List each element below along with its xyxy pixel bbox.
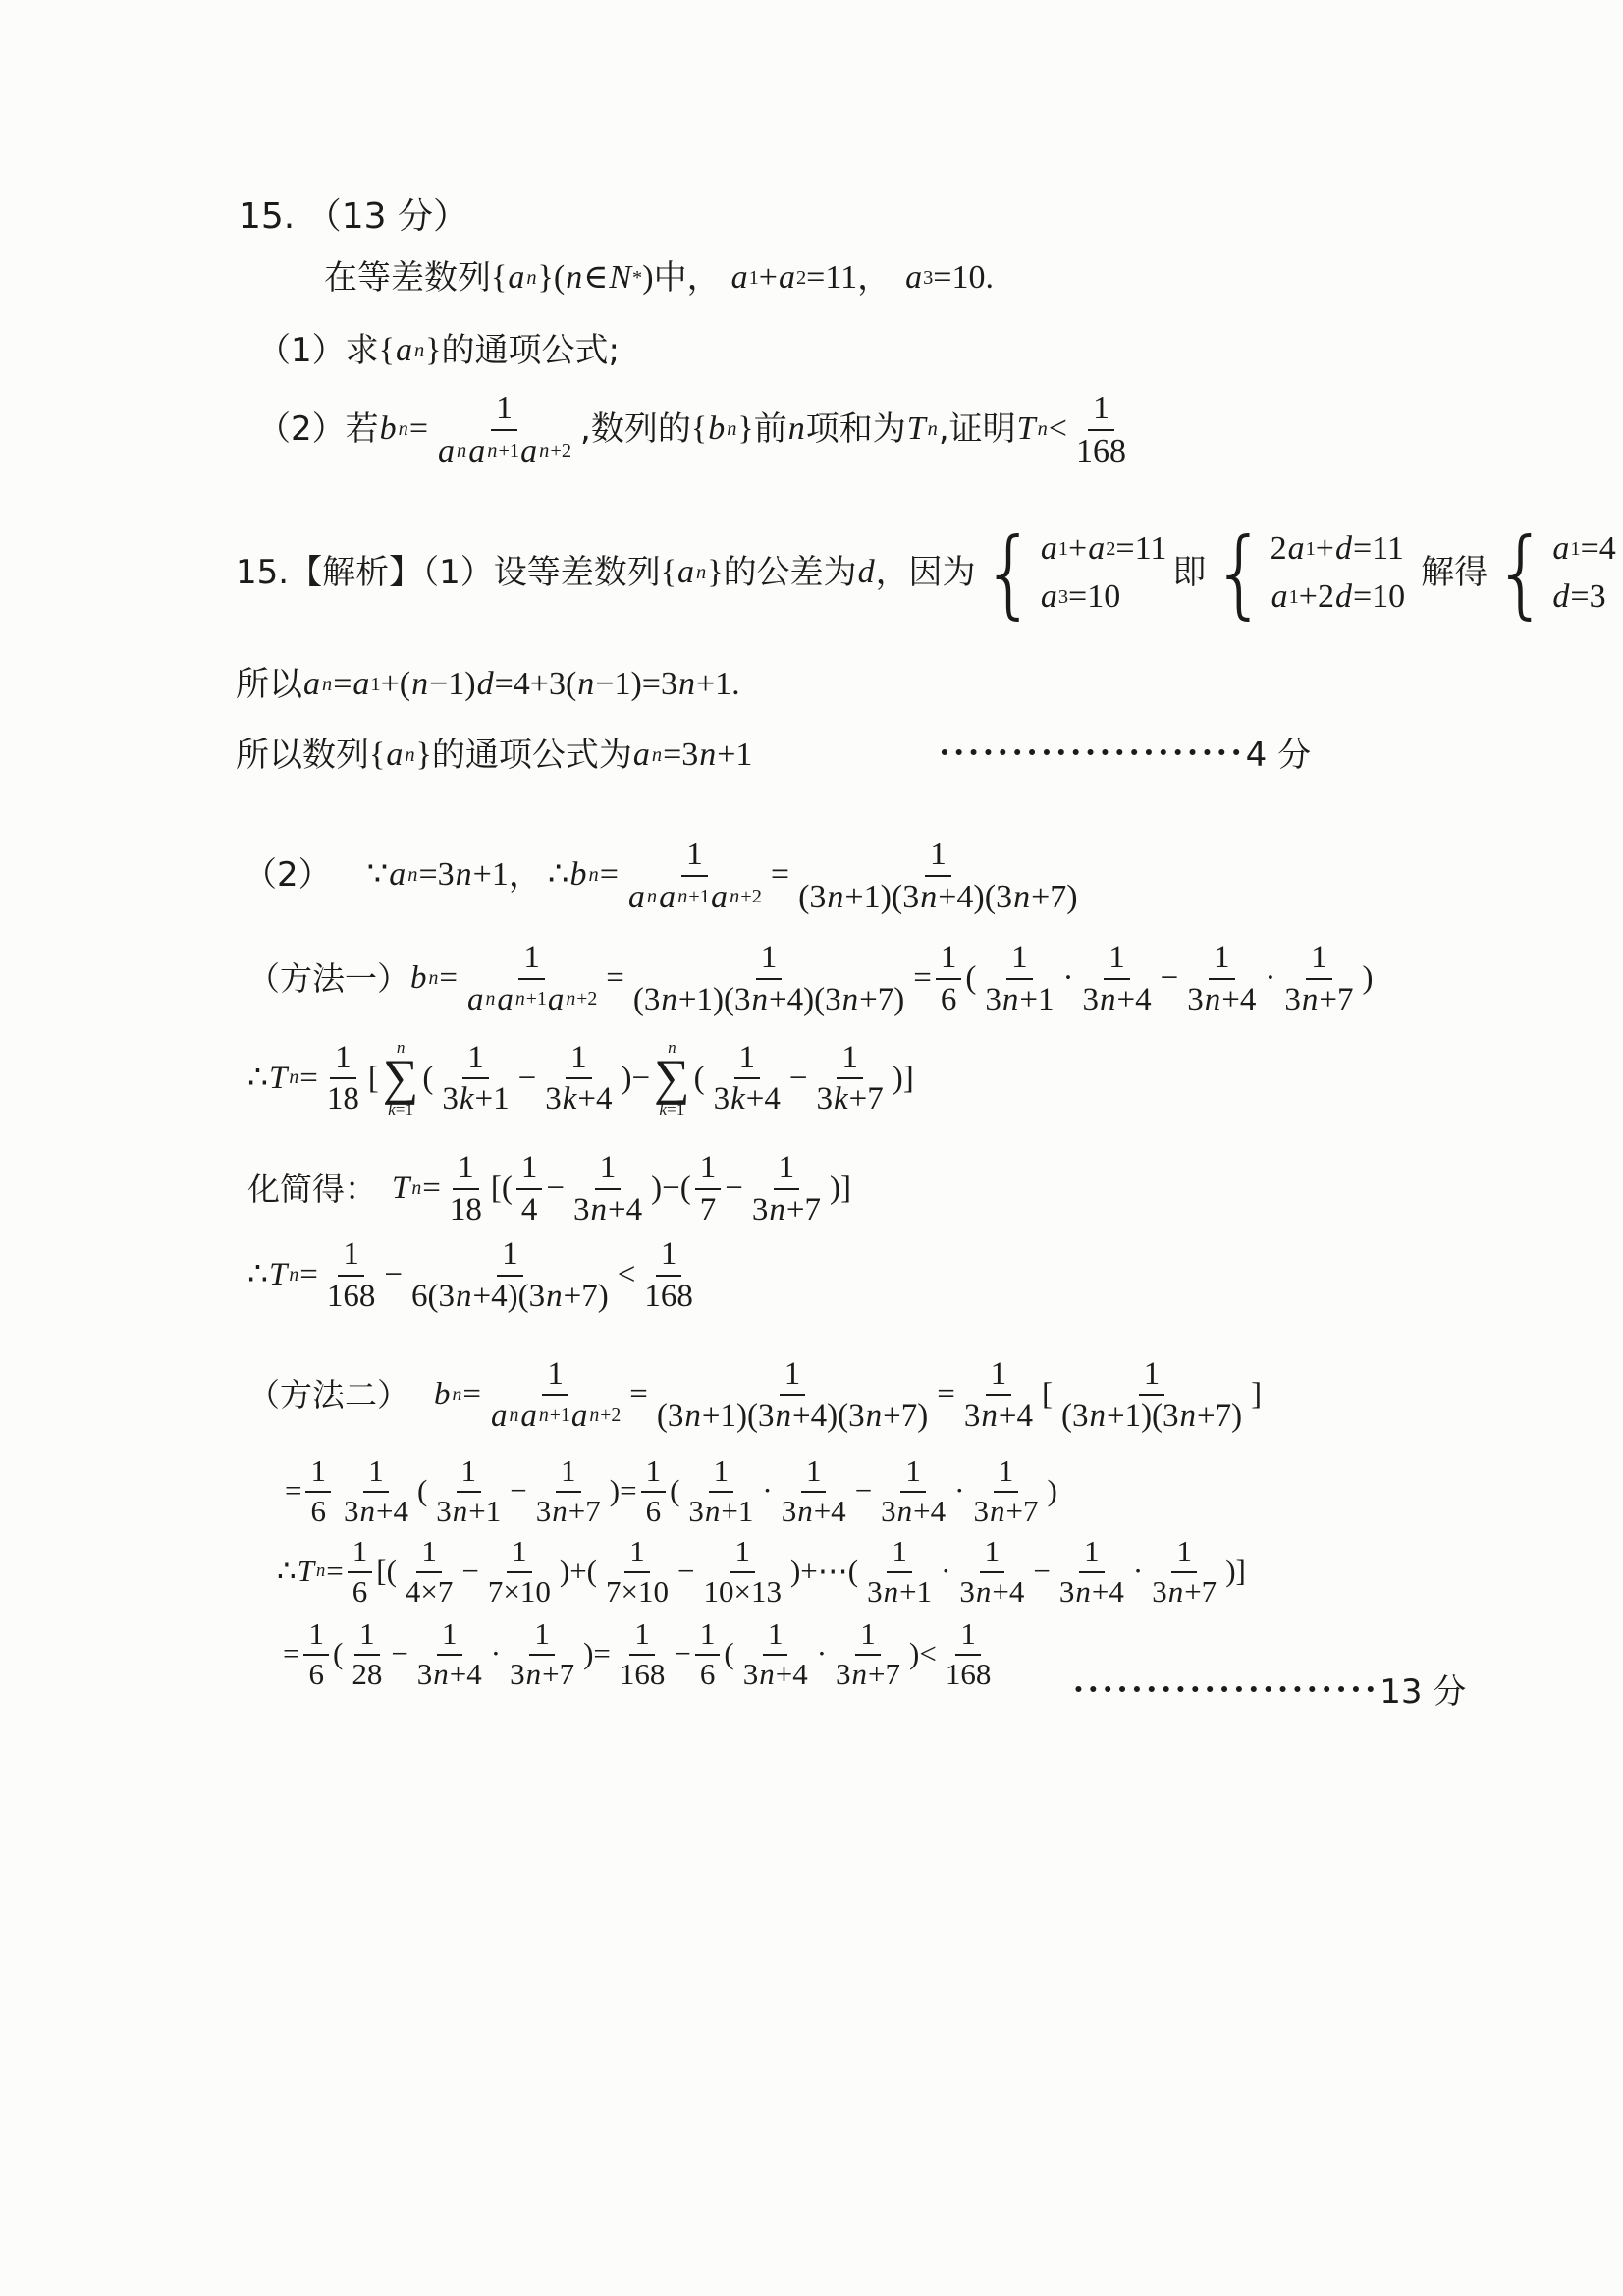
math-fragment: n+2: [565, 990, 597, 1010]
math-fragment: −: [725, 1169, 743, 1209]
math-fragment: 6: [310, 1496, 326, 1528]
math-fragment: 168: [644, 1280, 693, 1314]
math-fragment: (3n+1)(3n+7): [1056, 1396, 1247, 1434]
math-fragment: {an}: [661, 552, 724, 594]
math-fragment: b: [434, 1375, 451, 1415]
math-fragment: −: [855, 1472, 872, 1510]
math-fragment: n+1: [486, 441, 519, 461]
fraction: 13n+7: [968, 1455, 1043, 1527]
math-fragment: anan+1an+2: [490, 1399, 621, 1434]
math-fragment: 1: [496, 391, 513, 426]
fraction: 13n+4: [1077, 941, 1156, 1016]
math-fragment: 2a1+d=11: [1271, 528, 1404, 571]
math-fragment: n: [589, 1404, 599, 1426]
math-fragment: 1: [310, 1455, 326, 1488]
math-fragment: 3n+4: [782, 1496, 846, 1528]
math-fragment: 所以数列: [236, 735, 369, 777]
math-fragment: ∴ Tn=: [247, 1059, 318, 1099]
math-fragment: 1: [458, 1151, 474, 1185]
math-fragment: 3n+4: [344, 1496, 408, 1528]
math-fragment: T: [269, 1255, 287, 1295]
math-fragment: 18: [327, 1082, 359, 1117]
fraction: 16: [695, 1618, 721, 1690]
math-fragment: 1: [709, 1455, 734, 1493]
fraction: 13k+1: [437, 1041, 514, 1117]
math-fragment: n: [705, 1496, 721, 1528]
math-fragment: 1: [354, 1618, 380, 1656]
math-fragment: 6: [641, 1493, 667, 1528]
math-fragment: n: [1100, 983, 1116, 1017]
math-fragment: 168: [1076, 434, 1126, 469]
math-fragment: −: [674, 1635, 690, 1673]
math-fragment: a: [628, 880, 645, 915]
math-fragment: 1: [534, 1618, 550, 1651]
math-fragment: n: [590, 1193, 607, 1228]
fraction: 13n+4: [339, 1455, 413, 1527]
math-fragment: 1: [335, 1041, 352, 1075]
math-fragment: 1: [305, 1455, 331, 1493]
math-fragment: a: [548, 983, 565, 1017]
math-fragment: an=3n+1: [632, 735, 753, 777]
math-fragment: n: [456, 441, 467, 461]
math-fragment: 3n+4: [743, 1659, 808, 1691]
math-fragment: 1: [806, 1455, 822, 1488]
math-fragment: ,数列的: [580, 409, 691, 451]
math-fragment: a: [468, 434, 485, 469]
math-fragment: n: [456, 854, 472, 897]
equation-system: {a1+a2=11a3=10: [982, 528, 1167, 618]
math-fragment: 1: [303, 1618, 329, 1656]
math-fragment: 1: [779, 1151, 795, 1185]
math-fragment: 3k+4: [714, 1082, 781, 1117]
math-fragment: 1: [784, 1357, 801, 1392]
math-fragment: ，: [509, 854, 542, 897]
math-fragment: 6: [308, 1659, 324, 1691]
math-fragment: )+⋯(: [790, 1553, 858, 1591]
fraction: 110×13: [698, 1536, 785, 1608]
math-fragment: k: [659, 1100, 667, 1119]
math-fragment: ,证明: [939, 409, 1016, 451]
math-fragment: 2: [1106, 539, 1115, 559]
math-fragment: )−: [622, 1059, 651, 1099]
math-fragment: 1: [695, 1618, 721, 1656]
math-fragment: (: [422, 1059, 433, 1099]
math-fragment: n: [726, 419, 737, 439]
math-fragment: 1: [730, 1536, 755, 1573]
math-fragment: n: [515, 988, 525, 1010]
math-fragment: [(: [376, 1553, 397, 1591]
fraction: 13n+1: [431, 1455, 506, 1527]
math-fragment: 1: [1214, 941, 1230, 975]
math-fragment: (: [670, 1472, 679, 1510]
math-fragment: n: [539, 440, 549, 462]
fraction: 13n+7: [831, 1618, 905, 1690]
math-fragment: n: [852, 1659, 868, 1691]
math-fragment: 3n+1: [985, 983, 1054, 1017]
math-fragment: n: [928, 418, 938, 440]
math-fragment: 1: [936, 941, 962, 980]
method-two-expansion: =1613n+4(13n+1−13n+7)=16(13n+1·13n+4−13n…: [285, 1455, 1057, 1527]
math-fragment: k=1: [388, 1101, 413, 1118]
math-fragment: ∴ Tn=: [247, 1255, 318, 1295]
math-fragment: 1: [629, 1536, 645, 1568]
math-fragment: b: [708, 409, 725, 451]
math-fragment: n: [453, 1496, 468, 1528]
math-fragment: )]: [1225, 1553, 1246, 1591]
math-fragment: 解得: [1421, 552, 1488, 594]
math-fragment: 3n+1: [980, 980, 1058, 1017]
math-fragment: a: [491, 1399, 508, 1434]
fraction: 1anan+1an+2: [622, 837, 767, 914]
math-fragment: 15.【解析】（1）设等差数列: [236, 552, 661, 594]
math-fragment: .: [985, 257, 994, 300]
math-fragment: 6: [305, 1493, 331, 1528]
math-fragment: ): [1047, 1472, 1056, 1510]
math-fragment: 6: [348, 1573, 373, 1609]
fraction: 1(3n+1)(3n+4)(3n+7): [628, 941, 909, 1016]
math-fragment: n: [428, 969, 440, 989]
math-fragment: d: [1552, 576, 1569, 619]
problem-part-2: （2）若bn=1anan+1an+2,数列的{bn}前 n 项和为Tn,证明 T…: [257, 391, 1135, 468]
math-fragment: 3n+7: [973, 1496, 1038, 1528]
math-fragment: 1: [507, 1536, 532, 1573]
fraction: 13n+1: [862, 1536, 937, 1608]
method-two-bn-split: （方法二）bn=1anan+1an+2=1(3n+1)(3n+4)(3n+7)=…: [247, 1357, 1262, 1433]
math-fragment: n: [413, 341, 425, 360]
math-fragment: (: [333, 1635, 343, 1673]
math-fragment: a: [659, 880, 676, 915]
math-fragment: 3n+1: [867, 1576, 932, 1609]
math-fragment: n: [322, 674, 332, 695]
fraction: 16: [641, 1455, 667, 1527]
math-fragment: 1: [512, 1536, 527, 1568]
fraction: 13k+4: [540, 1041, 617, 1117]
math-fragment: 1: [1144, 1357, 1161, 1392]
math-fragment: 1: [686, 837, 703, 872]
math-fragment: =: [606, 958, 624, 999]
math-fragment: T: [392, 1169, 409, 1209]
fraction: 13n+4: [959, 1357, 1038, 1433]
math-fragment: n: [661, 983, 677, 1017]
method-two-telescoping-sum: ∴Tn=16[(14×7−17×10)+(17×10−110×13)+⋯(13n…: [277, 1536, 1246, 1608]
math-fragment: T: [269, 1059, 287, 1099]
math-fragment: 1: [695, 1151, 722, 1190]
math-fragment: n: [1075, 1576, 1091, 1609]
math-fragment: 1: [516, 1151, 543, 1190]
math-fragment: ∴Tn=: [277, 1553, 344, 1591]
math-fragment: n: [457, 440, 466, 462]
math-fragment: 1: [955, 1618, 981, 1656]
math-fragment: 1: [1109, 941, 1125, 975]
math-fragment: 1: [330, 1041, 356, 1080]
math-fragment: *: [632, 268, 642, 288]
math-fragment: 1: [763, 1618, 788, 1656]
fraction: 16: [348, 1536, 373, 1608]
math-fragment: )=: [583, 1635, 611, 1673]
math-fragment: n: [566, 257, 582, 300]
math-fragment: 1: [629, 1618, 655, 1656]
math-fragment: 1: [461, 1455, 477, 1488]
math-fragment: ∴ bn=: [548, 854, 619, 897]
math-fragment: 3k+4: [540, 1079, 617, 1117]
math-fragment: 6(3n+4)(3n+7): [411, 1280, 609, 1314]
math-fragment: )+(: [560, 1553, 597, 1591]
math-fragment: 1: [1093, 391, 1109, 426]
math-fragment: 1: [1084, 1536, 1100, 1568]
math-fragment: 1: [502, 1237, 518, 1272]
math-fragment: 3n+4: [876, 1493, 950, 1528]
math-fragment: 1: [363, 1455, 389, 1493]
math-fragment: bn=: [433, 1375, 481, 1415]
math-fragment: (3n+1)(3n+4)(3n+7): [628, 980, 909, 1017]
math-fragment: 1: [1570, 539, 1580, 559]
math-fragment: d: [1335, 528, 1352, 571]
math-fragment: (3n+1)(3n+4)(3n+7): [657, 1399, 928, 1434]
math-fragment: (3n+1)(3n+4)(3n+7): [798, 880, 1077, 915]
math-fragment: n: [787, 409, 806, 451]
math-fragment: 168: [941, 1656, 997, 1691]
math-fragment: n: [321, 675, 333, 694]
math-fragment: =: [771, 854, 789, 897]
math-fragment: n: [288, 1068, 299, 1088]
math-fragment: 18: [322, 1079, 364, 1117]
math-fragment: 3n+4: [412, 1656, 487, 1691]
math-fragment: 1: [359, 1618, 375, 1651]
final-score-marker: •••••••••••••••••••••13 分: [1073, 1671, 1466, 1714]
math-fragment: =: [285, 1472, 301, 1510]
math-fragment: n: [453, 1384, 462, 1405]
math-fragment: d: [858, 552, 875, 594]
math-fragment: 的公差为: [724, 552, 857, 594]
dotted-leader: •••••••••••••••••••••: [1073, 1680, 1380, 1701]
math-fragment: n: [1180, 1399, 1197, 1434]
math-fragment: 28: [352, 1659, 382, 1691]
method-two-conclusion: =16(128−13n+4·13n+7)=1168−16(13n+4·13n+7…: [283, 1618, 1000, 1690]
math-fragment: 3n+4: [954, 1573, 1029, 1609]
fraction: 13n+4: [412, 1618, 487, 1690]
fraction: 1168: [639, 1237, 698, 1313]
math-fragment: n+1: [676, 887, 710, 906]
solution-general-term-conclusion: 所以数列{an}的通项公式为an=3n+1•••••••••••••••••••…: [236, 735, 1311, 777]
math-fragment: 1: [566, 1041, 592, 1080]
math-fragment: n: [526, 1659, 542, 1691]
math-fragment: 3n+4: [339, 1493, 413, 1528]
equation-system: {2a1+d=11a1+2d=10: [1212, 528, 1405, 618]
math-fragment: 3n+4: [1055, 1573, 1129, 1609]
math-fragment: −: [384, 1255, 403, 1295]
math-fragment: n: [976, 1576, 992, 1609]
math-fragment: 1: [994, 1455, 1019, 1493]
math-fragment: 168: [615, 1656, 671, 1691]
fraction: 1anan+1an+2: [485, 1357, 625, 1433]
math-fragment: n: [526, 267, 536, 289]
math-fragment: bn=: [379, 409, 428, 451]
math-fragment: n: [452, 1386, 463, 1405]
math-fragment: ): [1362, 958, 1373, 999]
fraction: 1168: [941, 1618, 997, 1690]
math-fragment: n: [316, 1560, 325, 1581]
math-fragment: −: [546, 1169, 565, 1209]
math-fragment: n: [652, 744, 662, 766]
math-fragment: =: [629, 1375, 648, 1415]
math-fragment: a: [1041, 528, 1057, 571]
math-fragment: a: [303, 664, 320, 706]
fraction: 13n+4: [568, 1151, 647, 1227]
math-fragment: 3n+7: [531, 1493, 606, 1528]
math-fragment: 所以: [236, 664, 302, 706]
math-fragment: d: [477, 664, 494, 706]
math-fragment: −: [789, 1059, 808, 1099]
math-fragment: 1: [457, 1455, 482, 1493]
method-one-bn-split: （方法一）bn=1anan+1an+2=1(3n+1)(3n+4)(3n+7)=…: [247, 941, 1373, 1016]
math-fragment: a1+a2=11a3=10: [1040, 528, 1167, 618]
math-fragment: n: [1038, 418, 1048, 440]
math-fragment: 3n+4: [1059, 1576, 1124, 1609]
math-fragment: 3n+1: [688, 1496, 753, 1528]
math-fragment: a1=4d=3: [1551, 528, 1615, 618]
math-fragment: a1=4: [1551, 528, 1615, 571]
math-fragment: 3k+1: [442, 1082, 509, 1117]
math-fragment: n: [485, 990, 497, 1010]
math-fragment: 1: [739, 1041, 756, 1075]
math-fragment: a3=10: [1040, 576, 1120, 619]
math-fragment: =: [283, 1635, 299, 1673]
math-fragment: 3n+1: [683, 1493, 758, 1528]
math-fragment: a: [633, 735, 650, 777]
left-brace: {: [982, 532, 1037, 614]
math-fragment: k: [834, 1082, 848, 1117]
math-fragment: T: [1017, 409, 1036, 451]
math-fragment: 6: [941, 983, 957, 1017]
math-fragment: )−(: [651, 1169, 691, 1209]
math-fragment: 3k+7: [812, 1079, 889, 1117]
math-fragment: 即: [1172, 552, 1206, 594]
math-fragment: 1: [624, 1536, 650, 1573]
math-fragment: a: [352, 664, 369, 706]
math-fragment: n+1: [514, 990, 547, 1010]
math-fragment: anan+1an+2: [622, 877, 767, 915]
math-fragment: 168: [322, 1277, 381, 1314]
math-fragment: 3n+7: [536, 1496, 601, 1528]
math-fragment: 的通项公式;: [442, 330, 620, 372]
math-fragment: T: [298, 1553, 314, 1591]
math-fragment: ·: [954, 1472, 964, 1510]
math-fragment: 6: [352, 1576, 368, 1609]
math-fragment: 7×10: [601, 1573, 674, 1609]
math-fragment: k: [730, 1082, 745, 1117]
math-fragment: a1+2d=10: [1271, 576, 1406, 619]
math-fragment: 3n+7: [836, 1659, 900, 1691]
math-fragment: ·: [762, 1472, 772, 1510]
math-fragment: 1: [634, 1618, 650, 1651]
math-fragment: 2: [796, 268, 806, 288]
math-fragment: a: [731, 257, 748, 300]
fraction: 13n+7: [1279, 941, 1358, 1016]
math-fragment: 1: [348, 1536, 373, 1573]
math-fragment: 1: [991, 1357, 1007, 1392]
math-fragment: 168: [620, 1659, 666, 1691]
math-fragment: a1+a2=11: [730, 257, 858, 300]
math-fragment: 1: [1088, 391, 1114, 431]
math-fragment: n: [1302, 983, 1319, 1017]
math-fragment: 1: [1011, 941, 1028, 975]
math-fragment: 1: [462, 1041, 489, 1080]
solution-part1-setup: 15.【解析】（1）设等差数列{an}的公差为 d ，因为{a1+a2=11a3…: [236, 528, 1623, 618]
math-fragment: 6: [646, 1496, 662, 1528]
math-fragment: 3n+7: [1284, 983, 1353, 1017]
math-fragment: 168: [1071, 431, 1131, 469]
fraction: 13n+7: [1147, 1536, 1221, 1608]
math-fragment: 1: [780, 1357, 806, 1396]
math-fragment: n: [566, 988, 575, 1010]
math-fragment: 1: [837, 1041, 863, 1080]
fraction: 16: [305, 1455, 331, 1527]
math-fragment: a1+a2=11: [1040, 528, 1167, 571]
math-fragment: 1: [523, 941, 540, 975]
math-fragment: 1: [986, 1357, 1012, 1396]
math-fragment: a: [1271, 576, 1288, 619]
math-fragment: 1: [930, 837, 947, 872]
math-fragment: 化简得：: [247, 1169, 377, 1209]
math-fragment: 1: [1058, 539, 1068, 559]
math-fragment: n: [1002, 983, 1019, 1017]
math-fragment: a1+a2=11: [1040, 528, 1167, 571]
math-fragment: anan+1an+2: [437, 434, 571, 469]
math-fragment: 3n+4: [417, 1659, 482, 1691]
math-fragment: （1）求: [257, 330, 379, 372]
math-fragment: a3=10: [904, 257, 985, 300]
math-fragment: n: [411, 664, 428, 706]
math-fragment: 6: [695, 1656, 721, 1691]
math-fragment: 1: [1176, 1536, 1192, 1568]
math-fragment: n: [509, 1406, 520, 1426]
math-fragment: 3n+4: [1187, 983, 1256, 1017]
summation-sigma: n∑k=1: [383, 1039, 418, 1118]
math-fragment: n: [647, 886, 657, 907]
math-fragment: ，: [857, 257, 891, 300]
math-fragment: a: [711, 880, 728, 915]
math-fragment: 10×13: [698, 1573, 785, 1609]
math-fragment: 1: [368, 1455, 384, 1488]
math-fragment: Tn<: [1016, 409, 1067, 451]
math-fragment: anan+1an+2: [466, 983, 597, 1017]
math-fragment: anan+1an+2: [461, 980, 602, 1017]
math-fragment: 3n+4: [959, 1396, 1038, 1434]
math-fragment: n: [525, 268, 537, 288]
method-one-conclusion: ∴ Tn=1168−16(3n+4)(3n+7)<1168: [247, 1237, 702, 1313]
math-fragment: n: [1205, 983, 1221, 1017]
math-fragment: 1: [681, 837, 708, 877]
fraction: 13n+4: [1182, 941, 1261, 1016]
math-fragment: a: [779, 257, 795, 300]
math-fragment: d: [1335, 576, 1352, 619]
math-fragment: a: [1088, 528, 1105, 571]
solution-general-term-derivation: 所以an=a1+(n−1)d=4+3(n−1)=3n+1 .: [236, 664, 740, 706]
math-fragment: 3n+4: [881, 1496, 946, 1528]
math-fragment: −: [1161, 958, 1179, 999]
math-fragment: 3n+4: [959, 1576, 1024, 1609]
math-fragment: 3n+4: [1182, 980, 1261, 1017]
fraction: 13n+7: [531, 1455, 606, 1527]
fraction: 1anan+1an+2: [461, 941, 602, 1016]
math-fragment: 3n+1: [436, 1496, 501, 1528]
math-fragment: 2a1+d=11a1+2d=10: [1271, 528, 1406, 618]
math-fragment: a3=10: [1040, 576, 1120, 619]
math-fragment: 1: [656, 1237, 682, 1277]
math-fragment: n: [588, 865, 600, 885]
math-fragment: n: [897, 1496, 913, 1528]
math-fragment: n: [797, 1496, 813, 1528]
